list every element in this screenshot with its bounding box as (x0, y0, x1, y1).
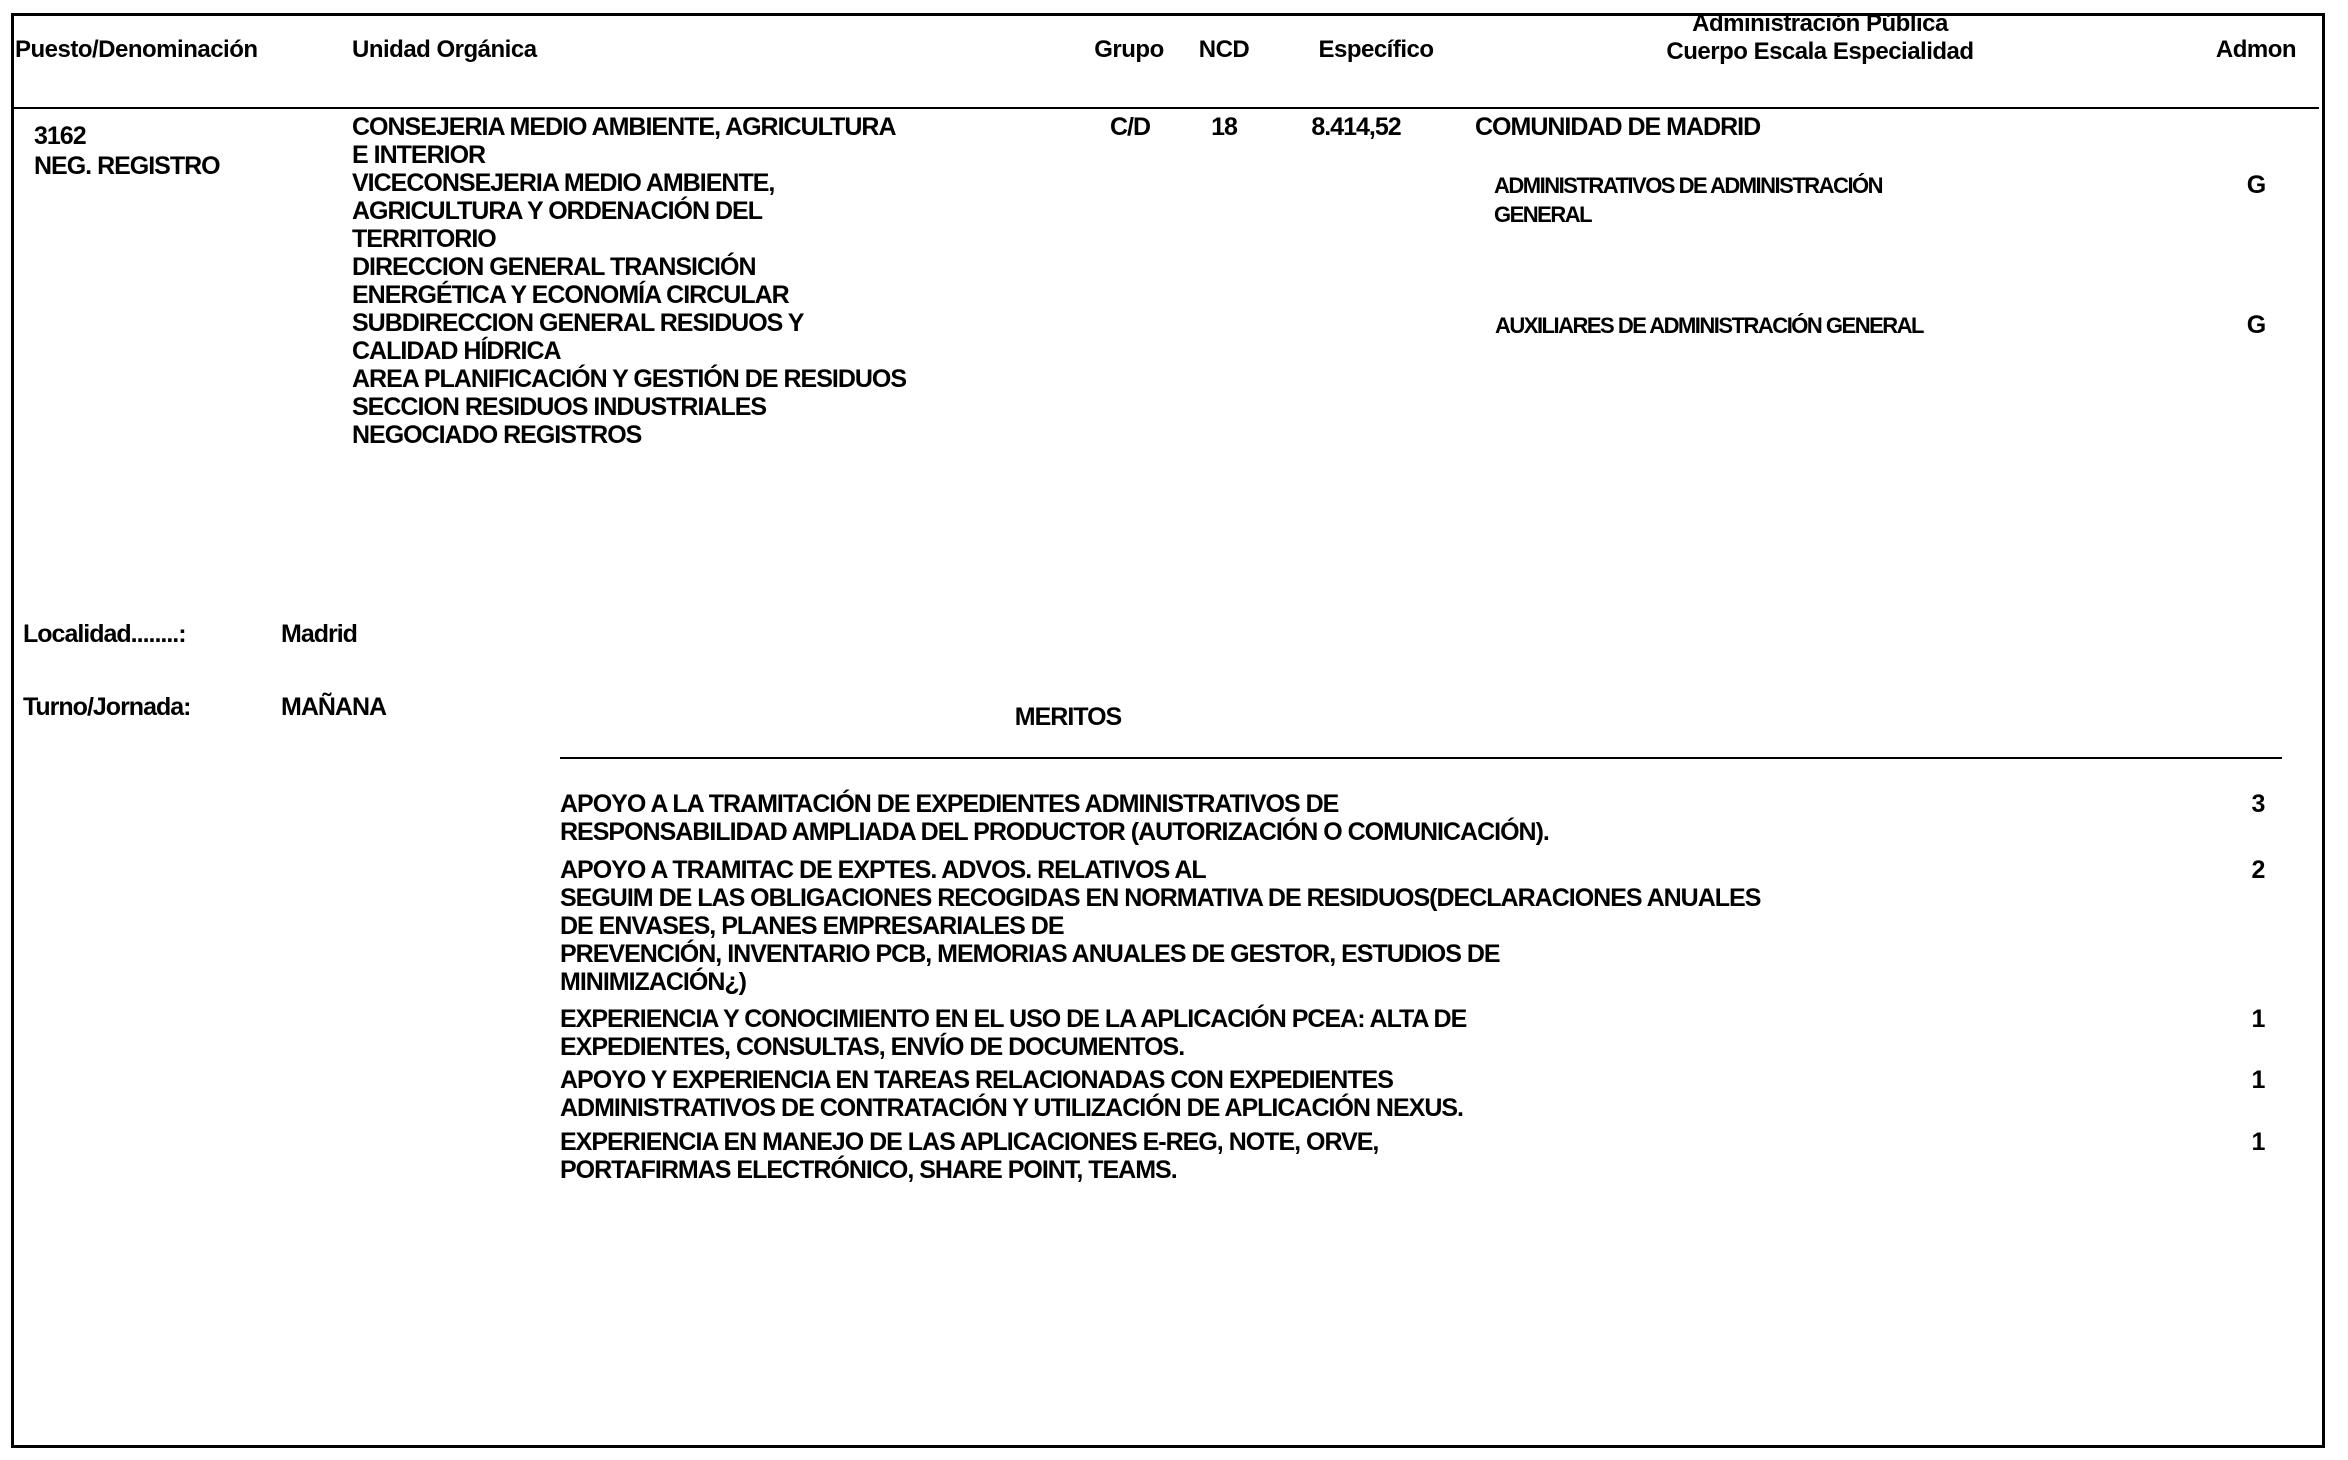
puesto-denominacion: NEG. REGISTRO (34, 152, 220, 180)
cuerpo-entry: ADMINISTRATIVOS DE ADMINISTRACIÓN GENERA… (1494, 171, 2054, 229)
merit-item-value: 1 (2233, 1128, 2283, 1156)
merit-item-text: EXPERIENCIA Y CONOCIMIENTO EN EL USO DE … (560, 1005, 2120, 1061)
header-separator-line (11, 107, 2319, 109)
column-header-puesto: Puesto/Denominación (15, 36, 258, 64)
merit-item-value: 3 (2233, 790, 2283, 818)
column-header-ncd: NCD (1174, 36, 1274, 64)
localidad-value: Madrid (281, 620, 357, 648)
turno-jornada-label: Turno/Jornada: (23, 693, 190, 721)
column-header-unidad-organica: Unidad Orgánica (352, 36, 537, 64)
administracion-publica-value: COMUNIDAD DE MADRID (1475, 113, 1760, 141)
column-header-cuerpo-escala-especialidad: Cuerpo Escala Especialidad (1520, 38, 2120, 66)
merit-item-value: 1 (2233, 1005, 2283, 1033)
column-header-grupo: Grupo (1079, 36, 1179, 64)
column-header-admon: Admon (2196, 36, 2316, 64)
unidad-organica-block: CONSEJERIA MEDIO AMBIENTE, AGRICULTURA E… (352, 113, 1032, 449)
especifico-value: 8.414,52 (1276, 113, 1436, 141)
merit-item-text: APOYO A LA TRAMITACIÓN DE EXPEDIENTES AD… (560, 790, 2120, 846)
column-header-especifico: Específico (1296, 36, 1456, 64)
cuerpo-entry: AUXILIARES DE ADMINISTRACIÓN GENERAL (1495, 311, 2095, 340)
job-posting-document: Puesto/Denominación Unidad Orgánica Grup… (0, 0, 2348, 1460)
merit-item-value: 2 (2233, 856, 2283, 884)
grupo-value: C/D (1080, 113, 1180, 141)
ncd-value: 18 (1174, 113, 1274, 141)
turno-jornada-value: MAÑANA (281, 693, 386, 721)
merit-item-text: APOYO A TRAMITAC DE EXPTES. ADVOS. RELAT… (560, 856, 2120, 996)
admon-value: G (2226, 171, 2286, 199)
admon-value: G (2226, 311, 2286, 339)
merit-item-text: EXPERIENCIA EN MANEJO DE LAS APLICACIONE… (560, 1128, 2120, 1184)
meritos-separator-line (560, 757, 2282, 759)
column-header-administracion-publica: Administración Pública (1520, 10, 2120, 38)
merit-item-value: 1 (2233, 1066, 2283, 1094)
meritos-title: MERITOS (958, 703, 1178, 731)
localidad-label: Localidad........: (23, 620, 186, 648)
puesto-codigo: 3162 (34, 122, 86, 150)
merit-item-text: APOYO Y EXPERIENCIA EN TAREAS RELACIONAD… (560, 1066, 2120, 1122)
